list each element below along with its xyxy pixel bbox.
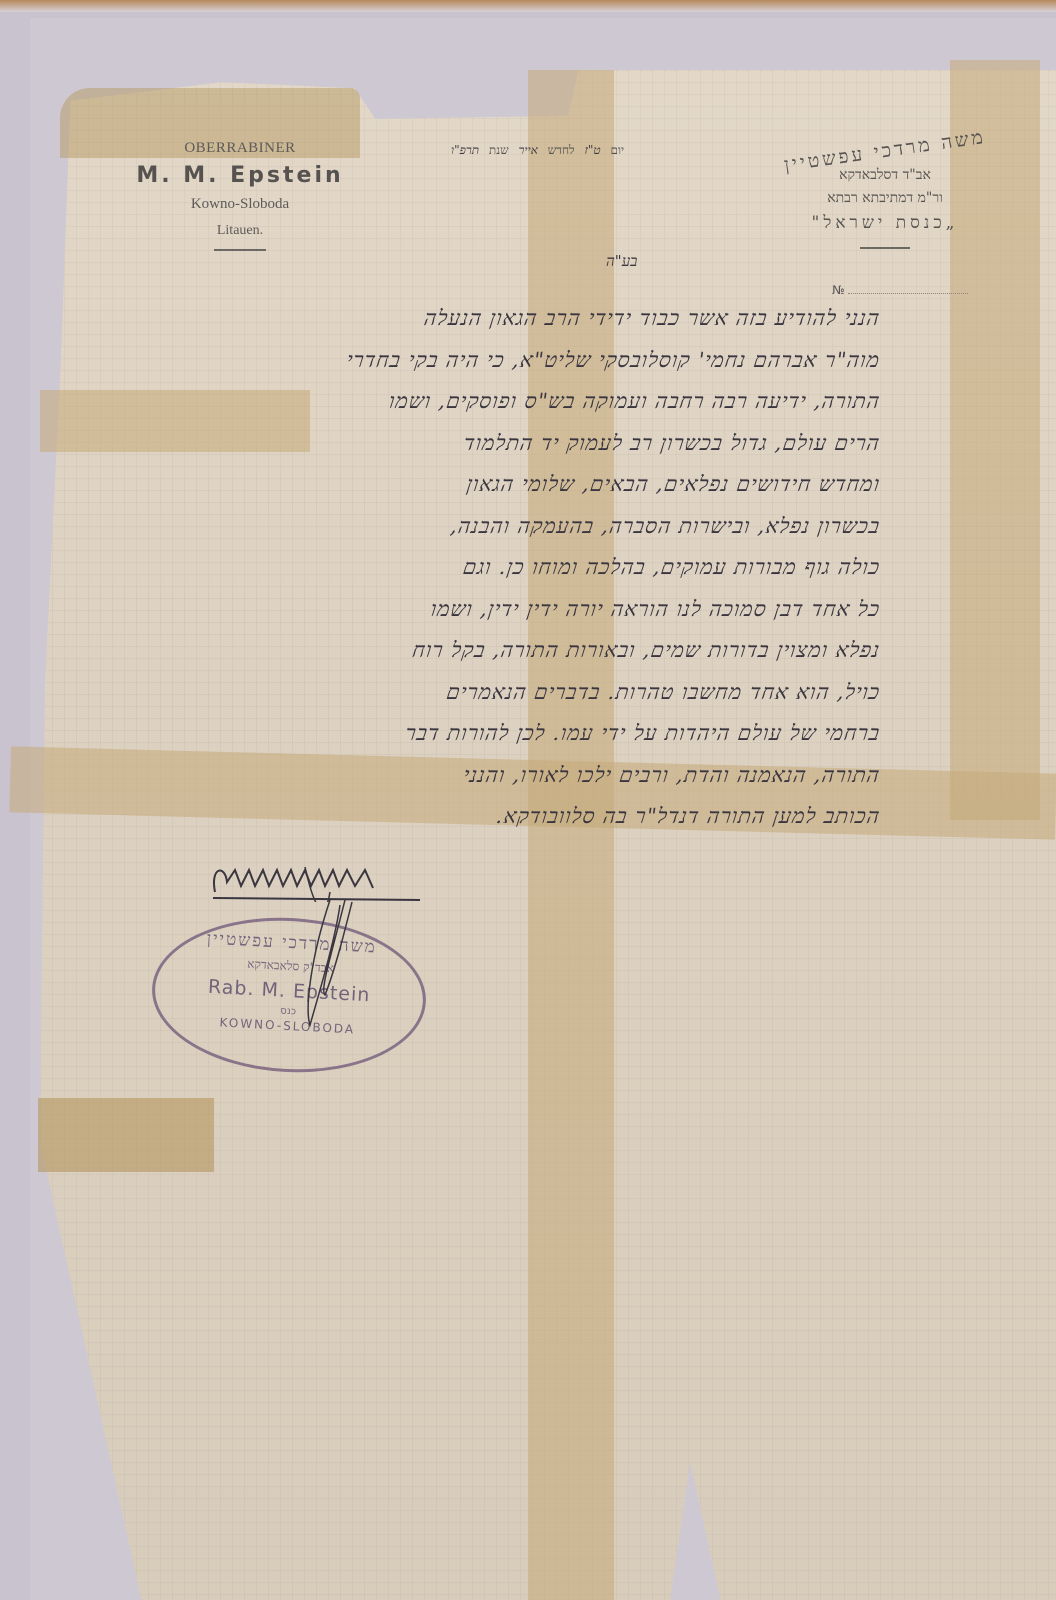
letter-line: כל אחד דבן סמוכה לנו הוראה יורה ידין ידי… <box>157 589 883 631</box>
letterhead-latin: OBERRABINER M. M. Epstein Kowno-Sloboda … <box>110 140 370 251</box>
letterhead-name: M. M. Epstein <box>110 163 370 188</box>
date-month: אייר <box>518 143 537 157</box>
date-month-label: לחדש <box>548 143 575 157</box>
letter-line: ברחמי של עולם היהדות על ידי עמו. לכן להו… <box>157 713 883 755</box>
letterhead-country: Litauen. <box>110 223 370 239</box>
signature-flourish <box>205 862 420 902</box>
number-label: № <box>832 283 844 297</box>
letterhead-hebrew-rule <box>860 247 910 249</box>
date-line: יום ט"ז לחדש אייר שנת תרפ"ו <box>445 143 624 158</box>
letterhead-hebrew: משה מרדכי עפשטיין אב"ד דסלבאדקא ור"מ דמת… <box>770 140 1000 249</box>
number-dotted-line <box>848 293 968 294</box>
letterhead-hebrew-line2: ור"מ דמתיבתא רבתא <box>770 190 1000 207</box>
letter-line: נפלא ומצוין בדורות שמים, ובאורות התורה, … <box>157 630 883 672</box>
date-year: תרפ"ו <box>451 143 479 157</box>
number-field: № <box>832 283 968 297</box>
letter-line: מוה"ר אברהם נחמי' קוסלובסקי שליט"א, כי ה… <box>157 340 883 382</box>
letter-line: התורה, הנאמנה והדת, ורבים ילכו לאורו, וה… <box>157 755 883 797</box>
letter-line: התורה, ידיעה רבה רחבה ועמוקה בש"ס ופוסקי… <box>157 381 883 423</box>
salutation: בע"ה <box>606 252 637 271</box>
letterhead-city: Kowno-Sloboda <box>110 196 370 213</box>
signature-loops <box>290 900 360 1030</box>
tape-strip-bottom-left <box>38 1098 214 1172</box>
letter-line: בכשרון נפלא, ובישרות הסברה, בהעמקה והבנה… <box>157 506 883 548</box>
date-prefix: יום <box>610 143 624 157</box>
letterhead-title: OBERRABINER <box>110 140 370 157</box>
date-day: ט"ז <box>585 143 601 157</box>
letter-line: הרים עולם, גדול בכשרון רב לעמוק יד התלמו… <box>157 423 883 465</box>
letter-line: כויל, הוא אחד מחשבו טהרות. בדברים הנאמרי… <box>157 672 883 714</box>
date-year-label: שנת <box>489 143 509 157</box>
letter-line: הנני להודיע בזה אשר כבוד ידידי הרב הגאון… <box>157 298 883 340</box>
letterhead-hebrew-line3: „כנסת ישראל" <box>770 213 1000 233</box>
letter-line: כולה גוף מבורות עמוקים, בהלכה ומוחו כן. … <box>157 547 883 589</box>
letter-line: ומחדש חידושים נפלאים, הבאים, שלומי הגאון <box>157 464 883 506</box>
letterhead-rule <box>214 249 266 251</box>
letter-body: הנני להודיע בזה אשר כבוד ידידי הרב הגאון… <box>160 298 880 838</box>
letter-line: הכותב למען התורה דנדל"ר בה סלוובודקא. <box>157 796 883 838</box>
background-frame-edge <box>0 0 1056 12</box>
